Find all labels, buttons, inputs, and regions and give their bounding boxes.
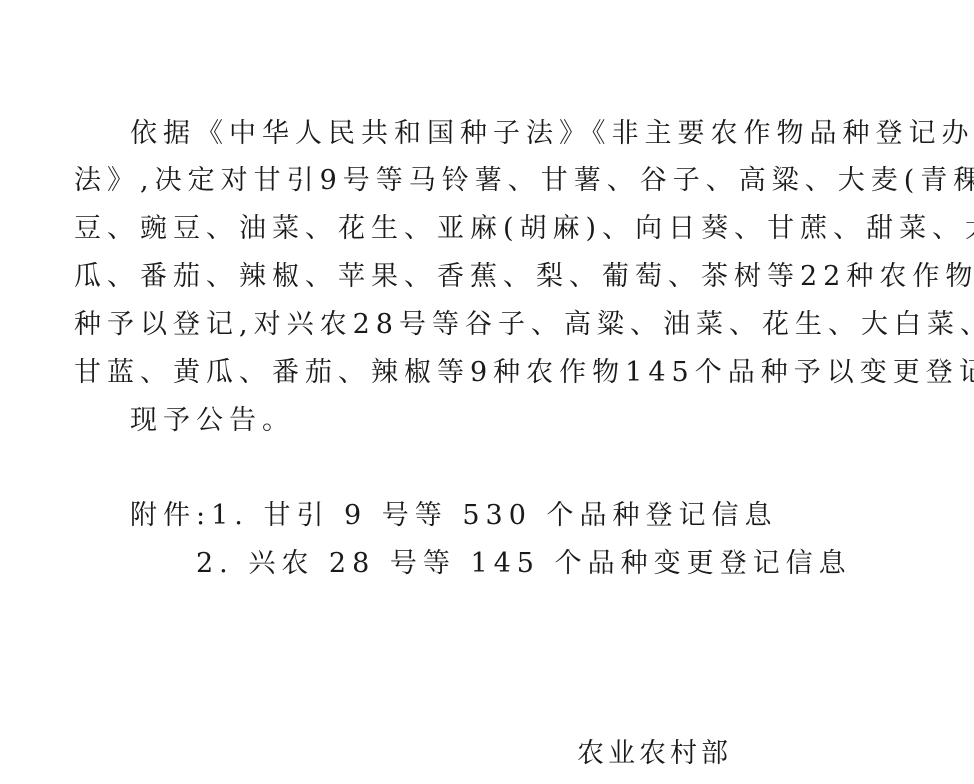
attachment-item-1-text: 1. 甘引 9 号等 530 个品种登记信息: [211, 500, 777, 531]
closing-text: 现予公告。: [130, 405, 295, 437]
body-line-5: 种予以登记,对兴农28号等谷子、高粱、油菜、花生、大白菜、结球: [74, 309, 974, 341]
attachment-label: 附件:: [130, 500, 211, 531]
attachment-item-2: 2. 兴农 28 号等 145 个品种变更登记信息: [196, 548, 852, 580]
signature: 农业农村部: [577, 738, 732, 770]
body-line-1: 依据《中华人民共和国种子法》《非主要农作物品种登记办: [130, 118, 974, 150]
body-line-2: 法》,决定对甘引9号等马铃薯、甘薯、谷子、高粱、大麦(青稞)、蚕: [74, 165, 974, 197]
document-page: 依据《中华人民共和国种子法》《非主要农作物品种登记办 法》,决定对甘引9号等马铃…: [0, 0, 974, 784]
attachment-item-1: 附件:1. 甘引 9 号等 530 个品种登记信息: [130, 500, 778, 532]
body-line-3: 豆、豌豆、油菜、花生、亚麻(胡麻)、向日葵、甘蔗、甜菜、大白菜、黄: [74, 213, 974, 245]
body-line-6: 甘蓝、黄瓜、番茄、辣椒等9种农作物145个品种予以变更登记。: [74, 357, 974, 389]
body-line-4: 瓜、番茄、辣椒、苹果、香蕉、梨、葡萄、茶树等22种农作物530个品: [74, 261, 974, 293]
